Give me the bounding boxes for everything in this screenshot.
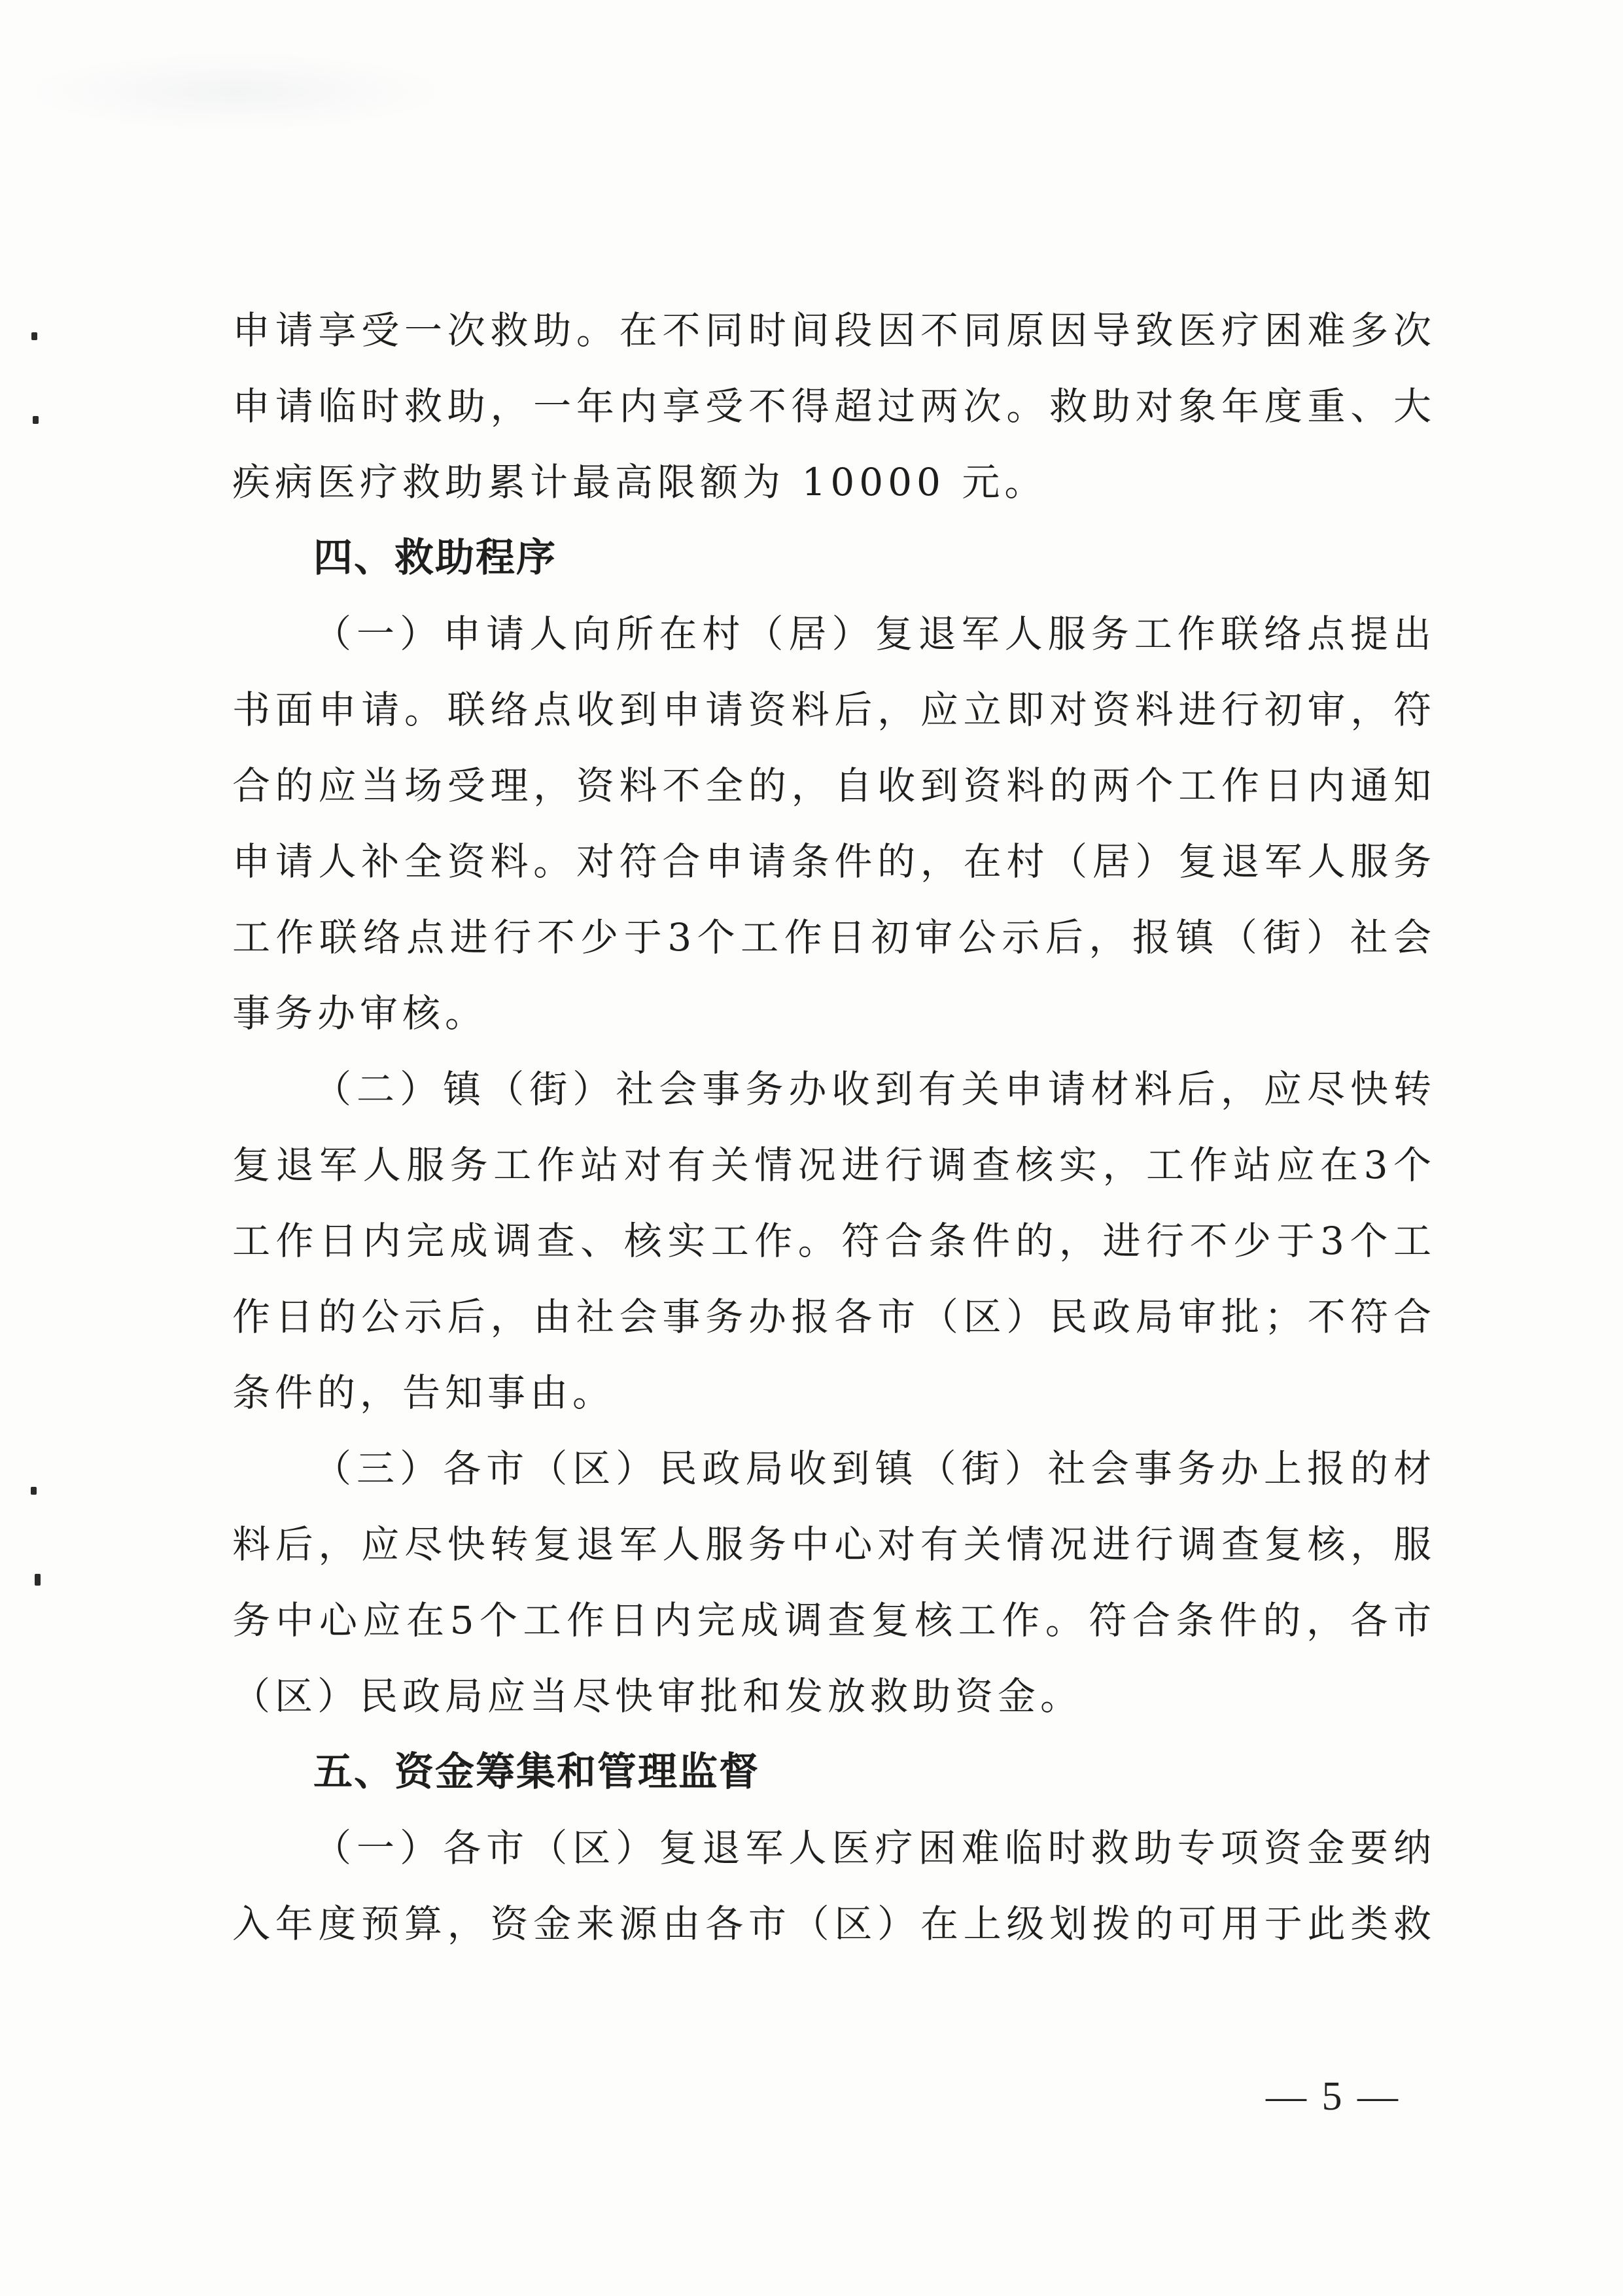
body-line: 条件的，告知事由。 [232,1355,1436,1431]
body-line: 书面申请。联络点收到申请资料后，应立即对资料进行初审，符 [232,672,1436,748]
body-line: 合的应当场受理，资料不全的，自收到资料的两个工作日内通知 [232,748,1436,824]
binding-hole-mark [35,1574,41,1586]
body-line: 料后，应尽快转复退军人服务中心对有关情况进行调查复核，服 [232,1506,1436,1582]
body-line: （三）各市（区）民政局收到镇（街）社会事务办上报的材 [232,1431,1436,1506]
body-line: 申请临时救助，一年内享受不得超过两次。救助对象年度重、大 [232,368,1436,444]
body-line: 复退军人服务工作站对有关情况进行调查核实，工作站应在3个 [232,1127,1436,1203]
body-line: 申请人补全资料。对符合申请条件的，在村（居）复退军人服务 [232,824,1436,899]
body-line: 工作日内完成调查、核实工作。符合条件的，进行不少于3个工 [232,1203,1436,1279]
body-line: 申请享受一次救助。在不同时间段因不同原因导致医疗困难多次 [232,292,1436,368]
binding-hole-mark [31,1487,37,1495]
section-heading-procedure: 四、救助程序 [232,520,1436,596]
body-line: 作日的公示后，由社会事务办报各市（区）民政局审批；不符合 [232,1279,1436,1355]
scan-artifact [26,52,445,131]
section-heading-funding: 五、资金筹集和管理监督 [232,1734,1436,1810]
body-line: （一）申请人向所在村（居）复退军人服务工作联络点提出 [232,596,1436,672]
body-line: 疾病医疗救助累计最高限额为 10000 元。 [232,444,1436,520]
body-line: （二）镇（街）社会事务办收到有关申请材料后，应尽快转 [232,1051,1436,1127]
page-number: — 5 — [1266,2074,1401,2120]
body-line: 入年度预算，资金来源由各市（区）在上级划拨的可用于此类救 [232,1886,1436,1962]
body-line: 事务办审核。 [232,975,1436,1051]
body-line: （一）各市（区）复退军人医疗困难临时救助专项资金要纳 [232,1810,1436,1886]
body-line: 务中心应在5个工作日内完成调查复核工作。符合条件的，各市 [232,1582,1436,1658]
document-body: 申请享受一次救助。在不同时间段因不同原因导致医疗困难多次 申请临时救助，一年内享… [232,292,1436,1962]
body-line: 工作联络点进行不少于3个工作日初审公示后，报镇（街）社会 [232,899,1436,975]
binding-hole-mark [31,332,37,340]
body-line: （区）民政局应当尽快审批和发放救助资金。 [232,1658,1436,1734]
binding-hole-mark [33,416,39,424]
